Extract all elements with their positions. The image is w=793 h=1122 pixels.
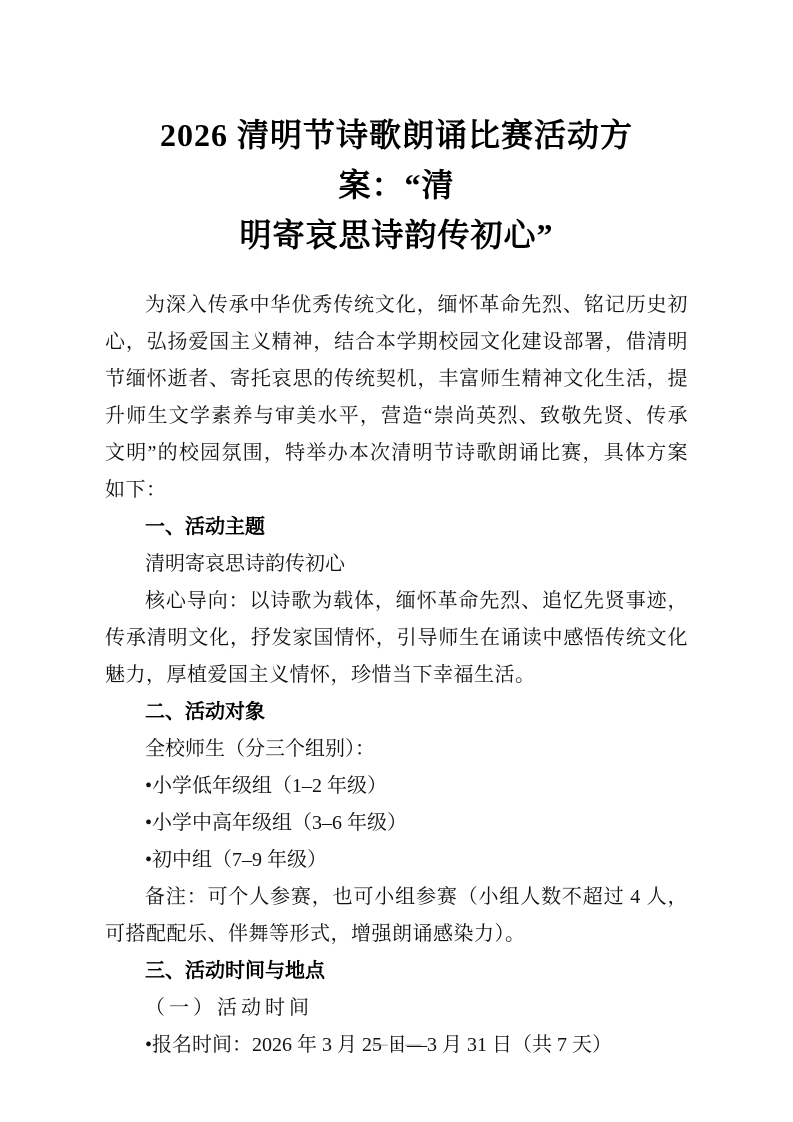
section-3-heading: 三、活动时间与地点 [105, 953, 688, 990]
section-2-heading: 二、活动对象 [105, 694, 688, 731]
note-paragraph: 备注：可个人参赛，也可小组参赛（小组人数不超过 4 人，可搭配配乐、伴舞等形式，… [105, 879, 688, 953]
group-bullet-junior-high: •初中组（7–9 年级） [105, 842, 688, 879]
title-line-2: 明寄哀思诗韵传初心” [105, 210, 688, 260]
footer-dash-left: — [372, 1036, 388, 1053]
group-bullet-mid-upper-primary: •小学中高年级组（3–6 年级） [105, 805, 688, 842]
subsection-heading-activity-time: （一）活动时间 [105, 990, 688, 1027]
page-number: 1 [393, 1037, 401, 1053]
section-1-heading: 一、活动主题 [105, 509, 688, 546]
document-content: 2026 清明节诗歌朗诵比赛活动方案：“清 明寄哀思诗韵传初心” 为深入传承中华… [105, 110, 688, 1064]
footer-dash-right: — [405, 1036, 421, 1053]
document-page: 2026 清明节诗歌朗诵比赛活动方案：“清 明寄哀思诗韵传初心” 为深入传承中华… [0, 0, 793, 1122]
title-line-1: 2026 清明节诗歌朗诵比赛活动方案：“清 [105, 110, 688, 210]
core-guidance-paragraph: 核心导向：以诗歌为载体，缅怀革命先烈、追忆先贤事迹，传承清明文化，抒发家国情怀，… [105, 583, 688, 694]
page-footer: —1— [0, 1036, 793, 1054]
page-title: 2026 清明节诗歌朗诵比赛活动方案：“清 明寄哀思诗韵传初心” [105, 110, 688, 260]
intro-paragraph: 为深入传承中华优秀传统文化，缅怀革命先烈、铭记历史初心，弘扬爱国主义精神，结合本… [105, 287, 688, 509]
group-bullet-lower-primary: •小学低年级组（1–2 年级） [105, 768, 688, 805]
theme-line: 清明寄哀思诗韵传初心 [105, 546, 688, 583]
participants-line: 全校师生（分三个组别）： [105, 731, 688, 768]
document-body: 为深入传承中华优秀传统文化，缅怀革命先烈、铭记历史初心，弘扬爱国主义精神，结合本… [105, 287, 688, 1064]
